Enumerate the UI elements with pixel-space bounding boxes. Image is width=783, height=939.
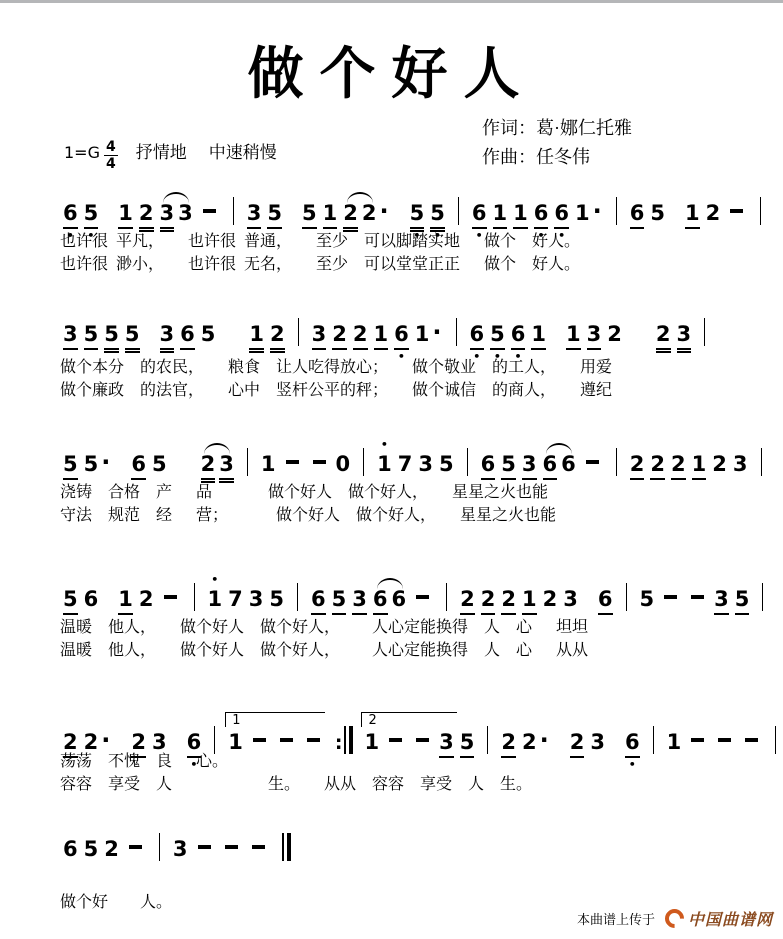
barline — [233, 197, 234, 225]
note: 2 — [84, 728, 99, 756]
barline — [194, 583, 195, 611]
volta-bracket: 2 — [361, 712, 457, 727]
note: 5 — [104, 320, 119, 353]
notation-line: 651233355122·55611661·6512 — [60, 192, 753, 226]
barline — [760, 197, 761, 225]
duration-dash — [691, 595, 704, 599]
repeat-bars — [344, 726, 353, 754]
note: 3 — [733, 450, 748, 478]
note: 5 — [201, 320, 216, 348]
note: 1 — [364, 728, 379, 756]
note: 2 — [201, 450, 216, 483]
tempo-marking: 中速稍慢 — [209, 143, 277, 162]
lyricist-credit: 作词：葛·娜仁托雅 — [482, 114, 632, 143]
note: 3 — [247, 199, 262, 229]
note: 6 — [84, 585, 99, 613]
augmentation-dot: · — [101, 726, 110, 754]
note: 6 — [472, 199, 487, 229]
augmentation-dot: · — [540, 726, 549, 754]
note: 2 — [656, 320, 671, 353]
duration-dash — [252, 845, 265, 849]
note: 2 — [139, 585, 154, 613]
note: 5 — [430, 199, 445, 232]
window-top-edge — [0, 0, 783, 3]
barline — [297, 583, 298, 611]
note: 6 — [63, 199, 78, 229]
note: 1 — [493, 199, 508, 229]
barline — [487, 726, 488, 754]
tie-arc — [204, 443, 230, 454]
augmentation-dot: · — [101, 448, 110, 476]
site-watermark: 本曲谱上传于中国曲谱网 — [577, 907, 773, 931]
lyrics-line: 容容 享受 人 生。 从从 容容 享受 人 生。 — [60, 775, 753, 795]
note: 2 — [270, 320, 285, 353]
duration-dash — [664, 595, 677, 599]
note: 1 — [685, 199, 700, 229]
tie-arc — [347, 192, 373, 203]
rest-note: 0 — [336, 450, 351, 478]
barline — [616, 197, 617, 225]
barline — [159, 833, 160, 861]
barline — [761, 448, 762, 476]
note: 3 — [714, 585, 729, 615]
note: 2 — [501, 585, 516, 615]
note: 6 — [598, 585, 613, 615]
lyrics-line: 也许很 渺小， 也许很 无名， 至少 可以堂堂正正 做个 好人。 — [60, 255, 753, 275]
barline — [458, 197, 459, 225]
lyrics-line: 做个本分 的农民， 粮食 让人吃得放心； 做个敬业 的工人， 用爱 — [60, 358, 753, 378]
note: 5 — [125, 320, 140, 353]
lyrics-line: 温暖 他人， 做个好人 做个好人， 人心定能换得 人 心 坦坦 — [60, 618, 753, 638]
note: 2 — [343, 199, 358, 232]
note: 2 — [481, 585, 496, 615]
note: 6 — [543, 450, 558, 480]
barline — [616, 448, 617, 476]
note: 7 — [228, 585, 243, 613]
note: 6 — [511, 320, 526, 350]
note: 2 — [543, 585, 558, 613]
note: 2 — [671, 450, 686, 480]
note: 2 — [362, 199, 377, 227]
note: 5 — [640, 585, 655, 613]
note: 2 — [570, 728, 585, 758]
note: 5 — [302, 199, 317, 229]
barline — [298, 318, 299, 346]
note: 5 — [410, 199, 425, 232]
barline — [446, 583, 447, 611]
note: 1 — [513, 199, 528, 229]
augmentation-dot: · — [380, 197, 389, 225]
barline — [456, 318, 457, 346]
barline — [704, 318, 705, 346]
barline — [214, 726, 215, 754]
note: 3 — [352, 585, 367, 615]
tie-arc — [546, 443, 572, 454]
note: 3 — [249, 585, 264, 613]
barline — [467, 448, 468, 476]
volta-bracket: 1 — [225, 712, 325, 727]
note: 5 — [490, 320, 505, 350]
note: 3 — [178, 199, 193, 227]
repeat-barline: : — [335, 726, 354, 759]
expression-marking: 抒情地 — [136, 143, 187, 162]
augmentation-dot: · — [593, 197, 602, 225]
repeat-dots: : — [335, 732, 343, 754]
note: 3 — [439, 728, 454, 758]
note: 5 — [84, 835, 99, 863]
barline — [363, 448, 364, 476]
note: 6 — [625, 728, 640, 758]
note: 2 — [522, 728, 537, 756]
music-system: 355536512322161·656113223做个本分 的农民， 粮食 让人… — [60, 318, 753, 401]
note: 2 — [460, 585, 475, 615]
music-system: 55·652310173565366222123浇铸 合格 产 品 做个好人 做… — [60, 443, 753, 526]
barline — [653, 726, 654, 754]
note: 6 — [131, 450, 146, 480]
note: 6 — [311, 585, 326, 615]
note: 7 — [398, 450, 413, 478]
note: 6 — [534, 199, 549, 229]
note: 6 — [554, 199, 569, 229]
duration-dash — [203, 209, 216, 213]
time-signature-denominator: 4 — [104, 156, 118, 171]
lyrics-line: 浇铸 合格 产 品 做个好人 做个好人， 星星之火也能 — [60, 483, 753, 503]
note: 5 — [460, 728, 475, 758]
note: 6 — [63, 835, 78, 863]
final-barline — [282, 833, 291, 861]
note: 3 — [522, 450, 537, 480]
note: 3 — [563, 585, 578, 613]
note: 1 — [118, 199, 133, 229]
sheet-music-page: 做个好人 作词：葛·娜仁托雅 作曲：任冬伟 1=G44抒情地中速稍慢 65123… — [0, 0, 783, 939]
lyrics-line: 守法 规范 经 营； 做个好人 做个好人， 星星之火也能 — [60, 506, 753, 526]
note: 3 — [590, 728, 605, 756]
song-title: 做个好人 — [0, 30, 783, 110]
duration-dash — [416, 595, 429, 599]
site-name: 中国曲谱网 — [688, 912, 773, 929]
lyrics-line: 温暖 他人， 做个好人 做个好人， 人心定能换得 人 心 从从 — [60, 641, 753, 661]
note: 3 — [160, 320, 175, 353]
note: 5 — [84, 320, 99, 350]
note: 5 — [439, 450, 454, 478]
duration-dash — [416, 738, 429, 742]
uploaded-by-text: 本曲谱上传于 — [577, 912, 655, 927]
duration-dash — [225, 845, 238, 849]
note: 6 — [373, 585, 388, 615]
note: 1 — [566, 320, 581, 350]
note: 3 — [160, 199, 175, 232]
note: 2 — [353, 320, 368, 350]
barline — [247, 448, 248, 476]
note: 6 — [630, 199, 645, 229]
barline — [626, 583, 627, 611]
duration-dash — [691, 738, 704, 742]
composer-credit: 作曲：任冬伟 — [482, 143, 632, 172]
duration-dash — [164, 595, 177, 599]
augmentation-dot: · — [432, 318, 441, 346]
music-system: 6523做个好 人。 — [60, 833, 753, 913]
note: 3 — [312, 320, 327, 350]
time-signature-numerator: 4 — [104, 140, 118, 156]
note: 1 — [575, 199, 590, 227]
note: 5 — [63, 450, 78, 480]
music-system: 651233355122·55611661·6512也许很 平凡， 也许很 普通… — [60, 192, 753, 275]
duration-dash — [307, 738, 320, 742]
note: 1 — [667, 728, 682, 756]
note: 5 — [267, 199, 282, 229]
note: 3 — [418, 450, 433, 478]
duration-dash — [730, 209, 743, 213]
note: 1 — [118, 585, 133, 615]
music-system: 22·23611:213522·2361荡荡 不愧 良 心。容容 享受 人 生。… — [60, 712, 753, 795]
duration-dash — [718, 738, 731, 742]
site-logo-icon — [661, 905, 688, 932]
note: 5 — [735, 585, 750, 615]
note: 2 — [139, 199, 154, 232]
note: 5 — [650, 199, 665, 227]
note: 6 — [470, 320, 485, 350]
note: 2 — [63, 728, 78, 758]
note: 1 — [261, 450, 276, 478]
duration-dash — [198, 845, 211, 849]
note: 2 — [131, 728, 146, 758]
note: 5 — [84, 199, 99, 229]
note: 2 — [104, 835, 119, 863]
note: 6 — [187, 728, 202, 758]
note: 2 — [501, 728, 516, 758]
duration-dash — [253, 738, 266, 742]
note: 1 — [249, 320, 264, 353]
note: 5 — [152, 450, 167, 478]
note: 1 — [415, 320, 430, 348]
note: 6 — [481, 450, 496, 480]
notation-line: 6523 — [60, 833, 753, 867]
note: 2 — [332, 320, 347, 350]
note: 5 — [269, 585, 284, 613]
note: 2 — [712, 450, 727, 478]
duration-dash — [389, 738, 402, 742]
duration-dash — [745, 738, 758, 742]
note: 1 — [228, 728, 243, 756]
note: 1 — [531, 320, 546, 350]
notation-line: 22·23611:213522·2361 — [60, 712, 753, 746]
note: 1 — [692, 450, 707, 480]
note: 1 — [522, 585, 537, 615]
barline — [762, 583, 763, 611]
note: 3 — [587, 320, 602, 350]
note: 2 — [607, 320, 622, 348]
note: 6 — [392, 585, 407, 613]
note: 3 — [677, 320, 692, 353]
note: 3 — [152, 728, 167, 756]
tie-arc — [163, 192, 189, 203]
key-signature: 1=G — [64, 143, 100, 162]
note: 3 — [63, 320, 78, 350]
note: 2 — [706, 199, 721, 227]
note: 1 — [323, 199, 338, 229]
note: 1 — [374, 320, 389, 350]
note: 5 — [332, 585, 347, 615]
duration-dash — [129, 845, 142, 849]
music-system: 56121735653662221236535温暖 他人， 做个好人 做个好人，… — [60, 578, 753, 661]
note: 5 — [63, 585, 78, 615]
note: 2 — [650, 450, 665, 480]
notation-line: 55·652310173565366222123 — [60, 443, 753, 477]
time-signature: 44 — [104, 140, 118, 171]
lyrics-line: 做个廉政 的法官， 心中 竖杆公平的秤； 做个诚信 的商人， 遵纪 — [60, 381, 753, 401]
note: 5 — [501, 450, 516, 480]
barline — [775, 726, 776, 754]
note: 6 — [180, 320, 195, 350]
note: 6 — [394, 320, 409, 350]
credits-block: 作词：葛·娜仁托雅 作曲：任冬伟 — [482, 114, 632, 172]
key-and-tempo-line: 1=G44抒情地中速稍慢 — [64, 138, 277, 171]
duration-dash — [586, 460, 599, 464]
note: 1 — [377, 450, 392, 478]
notation-line: 56121735653662221236535 — [60, 578, 753, 612]
duration-dash — [280, 738, 293, 742]
note: 5 — [84, 450, 99, 478]
note: 1 — [208, 585, 223, 613]
note: 3 — [173, 835, 188, 863]
tie-arc — [377, 578, 403, 589]
note: 3 — [219, 450, 234, 483]
notation-line: 355536512322161·656113223 — [60, 318, 753, 352]
duration-dash — [313, 460, 326, 464]
note: 2 — [630, 450, 645, 480]
lyrics-line: 也许很 平凡， 也许很 普通， 至少 可以脚踏实地 做个 好人。 — [60, 232, 753, 252]
duration-dash — [286, 460, 299, 464]
note: 6 — [561, 450, 576, 478]
